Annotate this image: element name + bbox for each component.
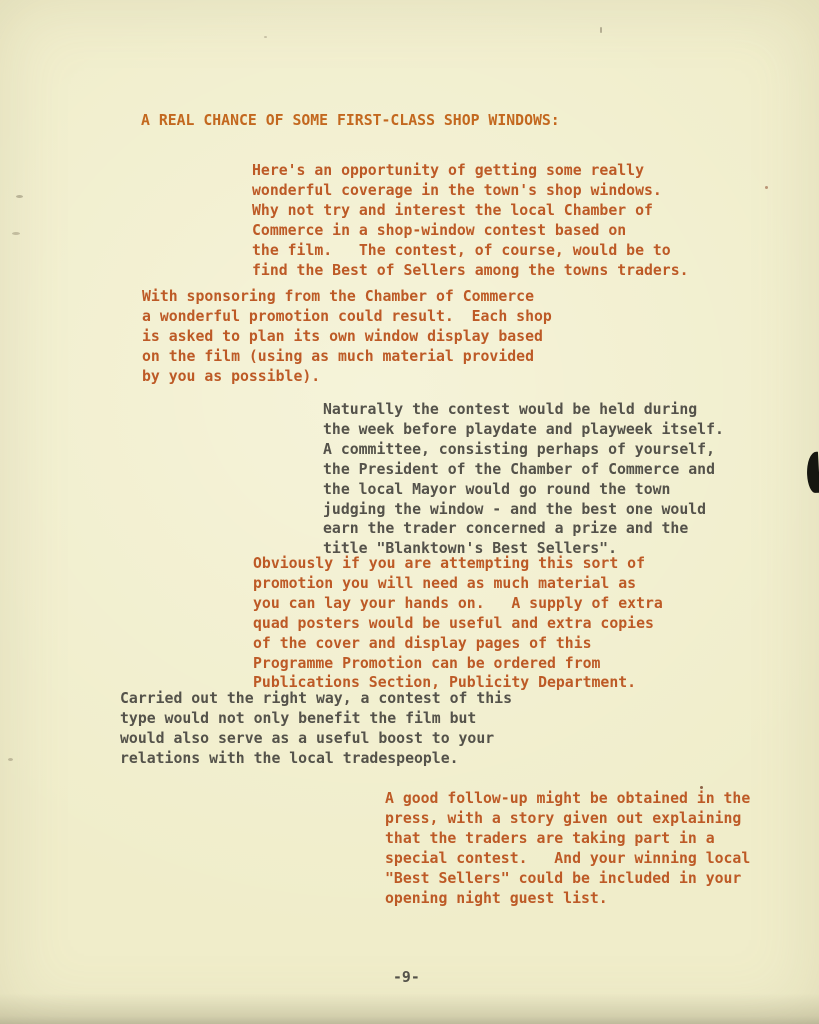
text-line: Obviously if you are attempting this sor…	[253, 554, 663, 574]
text-line: Commerce in a shop-window contest based …	[252, 221, 689, 241]
stray-mark	[264, 36, 267, 38]
paragraph-3: Naturally the contest would be held duri…	[323, 400, 724, 559]
text-line: the President of the Chamber of Commerce…	[323, 460, 724, 480]
section-heading: A REAL CHANCE OF SOME FIRST-CLASS SHOP W…	[141, 111, 560, 131]
text-line: A committee, consisting perhaps of yours…	[323, 440, 724, 460]
document-page: A REAL CHANCE OF SOME FIRST-CLASS SHOP W…	[0, 0, 819, 1024]
text-line: relations with the local tradespeople.	[120, 749, 512, 769]
page-number: -9-	[393, 968, 420, 988]
stray-mark	[16, 195, 23, 198]
text-line: opening night guest list.	[385, 889, 750, 909]
paragraph-5: Carried out the right way, a contest of …	[120, 689, 512, 769]
text-line: you can lay your hands on. A supply of e…	[253, 594, 663, 614]
text-line: find the Best of Sellers among the towns…	[252, 261, 689, 281]
text-line: a wonderful promotion could result. Each…	[142, 307, 552, 327]
text-line: Naturally the contest would be held duri…	[323, 400, 724, 420]
text-line: that the traders are taking part in a	[385, 829, 750, 849]
text-line: quad posters would be useful and extra c…	[253, 614, 663, 634]
stray-mark	[12, 232, 20, 235]
text-line: Carried out the right way, a contest of …	[120, 689, 512, 709]
text-line: by you as possible).	[142, 367, 552, 387]
stray-mark	[700, 786, 703, 789]
text-line: A good follow-up might be obtained in th…	[385, 789, 750, 809]
text-line: "Best Sellers" could be included in your	[385, 869, 750, 889]
text-line: wonderful coverage in the town's shop wi…	[252, 181, 689, 201]
text-line: judging the window - and the best one wo…	[323, 500, 724, 520]
text-line: the week before playdate and playweek it…	[323, 420, 724, 440]
text-line: Why not try and interest the local Chamb…	[252, 201, 689, 221]
text-line: type would not only benefit the film but	[120, 709, 512, 729]
text-line: would also serve as a useful boost to yo…	[120, 729, 512, 749]
text-line: Here's an opportunity of getting some re…	[252, 161, 689, 181]
text-line: Programme Promotion can be ordered from	[253, 654, 663, 674]
text-line: is asked to plan its own window display …	[142, 327, 552, 347]
text-line: earn the trader concerned a prize and th…	[323, 519, 724, 539]
paragraph-6: A good follow-up might be obtained in th…	[385, 789, 750, 908]
paragraph-1: Here's an opportunity of getting some re…	[252, 161, 689, 280]
paragraph-2: With sponsoring from the Chamber of Comm…	[142, 287, 552, 387]
text-line: the film. The contest, of course, would …	[252, 241, 689, 261]
ink-blot-right-edge	[806, 452, 819, 494]
text-line: With sponsoring from the Chamber of Comm…	[142, 287, 552, 307]
stray-mark	[8, 758, 13, 761]
text-line: of the cover and display pages of this	[253, 634, 663, 654]
text-line: press, with a story given out explaining	[385, 809, 750, 829]
stray-mark	[765, 186, 768, 189]
paragraph-4: Obviously if you are attempting this sor…	[253, 554, 663, 693]
stray-mark	[600, 27, 602, 33]
stray-mark	[346, 428, 350, 431]
text-line: special contest. And your winning local	[385, 849, 750, 869]
text-line: promotion you will need as much material…	[253, 574, 663, 594]
text-line: on the film (using as much material prov…	[142, 347, 552, 367]
text-line: the local Mayor would go round the town	[323, 480, 724, 500]
